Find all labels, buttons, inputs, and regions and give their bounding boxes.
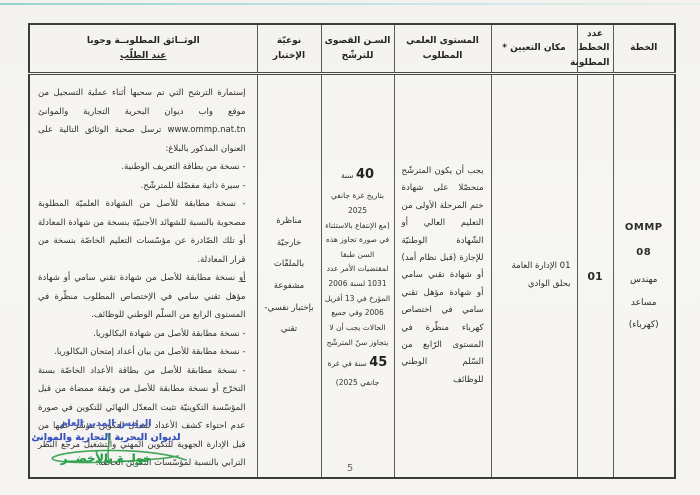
document-item-or-prefix: أو [239,273,245,283]
header-level-label: المستوى العلمي المطلوب [406,36,479,60]
age-limit-unit: سنة [341,171,354,180]
header-documents-sublabel: عند الطلّب [120,51,167,61]
age-reference-date: بتاريخ غرة جانفي 2025 [325,189,391,218]
document-item: - نسخة مطابقة للأصل من بطاقة الأعداد الخ… [38,362,246,473]
assignment-location-value: 01 الإدارة العامة بحلق الوادي [512,261,571,289]
cell-academic-level: يجب أن يكون المترشّح متحصّلا على شهادة خ… [394,74,491,478]
documents-intro-before-url: إستمارة الترشح التي تم سحبها أثناء عملية… [38,88,246,117]
document-item: - نسخة مطابقة للأصل من الشهادة العلميّة … [38,195,246,269]
cell-required-documents: إستمارة الترشح التي تم سحبها أثناء عملية… [29,74,257,478]
plan-title-line: (كهرباء) [617,314,672,337]
age-max-value: 45 [369,355,387,370]
header-location: مكان التعيين * [491,24,577,74]
recruitment-table: الخطة عدد الخطط المطلوبة مكان التعيين * … [28,23,676,479]
document-item: أو نسخة مطابقة للأصل من شهادة تقني سامي … [38,269,246,325]
document-item: - نسخة مطابقة للأصل من شهادة البكالوريا. [38,325,246,344]
header-location-label: مكان التعيين * [502,43,566,53]
cell-positions-count: 01 [577,74,613,478]
documents-intro: إستمارة الترشح التي تم سحبها أثناء عملية… [38,84,246,158]
age-exception-note: (مع الإنتفاع بالاستثناء في صورة تجاوز هذ… [325,219,391,391]
header-plan-label: الخطة [630,43,657,53]
table-row: OMMP 08 مهندس مساعد (كهرباء) 01 01 الإدا… [29,74,675,478]
cell-assignment-location: 01 الإدارة العامة بحلق الوادي [491,74,577,478]
header-age: السـن القصوى للترشّح [321,24,394,74]
ommp-website-url: www.ommp.nat.tn [168,125,246,135]
age-note-part1: (مع الإنتفاع بالاستثناء في صورة تجاوز هذ… [325,221,390,347]
header-age-label: السـن القصوى للترشّح [325,36,391,60]
header-level: المستوى العلمي المطلوب [394,24,491,74]
document-item: - سيرة ذاتية مفصّلة للمترشّح. [38,177,246,196]
scan-artifact-line [0,3,700,5]
plan-code: OMMP 08 [617,215,672,265]
cell-max-age: 40 سنة بتاريخ غرة جانفي 2025 (مع الإنتفا… [321,74,394,478]
plan-title-line: مساعد [617,292,672,315]
header-count: عدد الخطط المطلوبة [577,24,613,74]
header-test: نوعيّة الإختبار [257,24,321,74]
age-limit-value: 40 [356,167,374,182]
table-header-row: الخطة عدد الخطط المطلوبة مكان التعيين * … [29,24,675,74]
plan-title-line: مهندس [617,269,672,292]
positions-count-value: 01 [587,270,602,283]
header-documents-label: الوثــائق المطلوبــة وجوبا [87,36,200,46]
document-item: - نسخة مطابقة للأصل من بيان أعداد إمتحان… [38,343,246,362]
scanned-document-page: الخطة عدد الخطط المطلوبة مكان التعيين * … [0,0,700,495]
header-documents: الوثــائق المطلوبــة وجوبا عند الطلّب [29,24,257,74]
page-number: 5 [0,463,700,474]
cell-test-type: مناظرة خارجيّة بالملفّات مشفوعة بإختبار … [257,74,321,478]
test-type-text: مناظرة خارجيّة بالملفّات مشفوعة بإختبار … [264,216,313,334]
document-item-text: نسخة مطابقة للأصل من شهادة تقني سامي أو … [38,273,246,320]
academic-level-text: يجب أن يكون المترشّح متحصّلا على شهادة خ… [402,166,484,385]
cell-plan: OMMP 08 مهندس مساعد (كهرباء) [613,74,675,478]
document-item: - نسخة من بطاقة التعريف الوطنية. [38,158,246,177]
header-test-label: نوعيّة الإختبار [273,36,305,60]
age-limit: 40 سنة [325,162,391,187]
header-plan: الخطة [613,24,675,74]
